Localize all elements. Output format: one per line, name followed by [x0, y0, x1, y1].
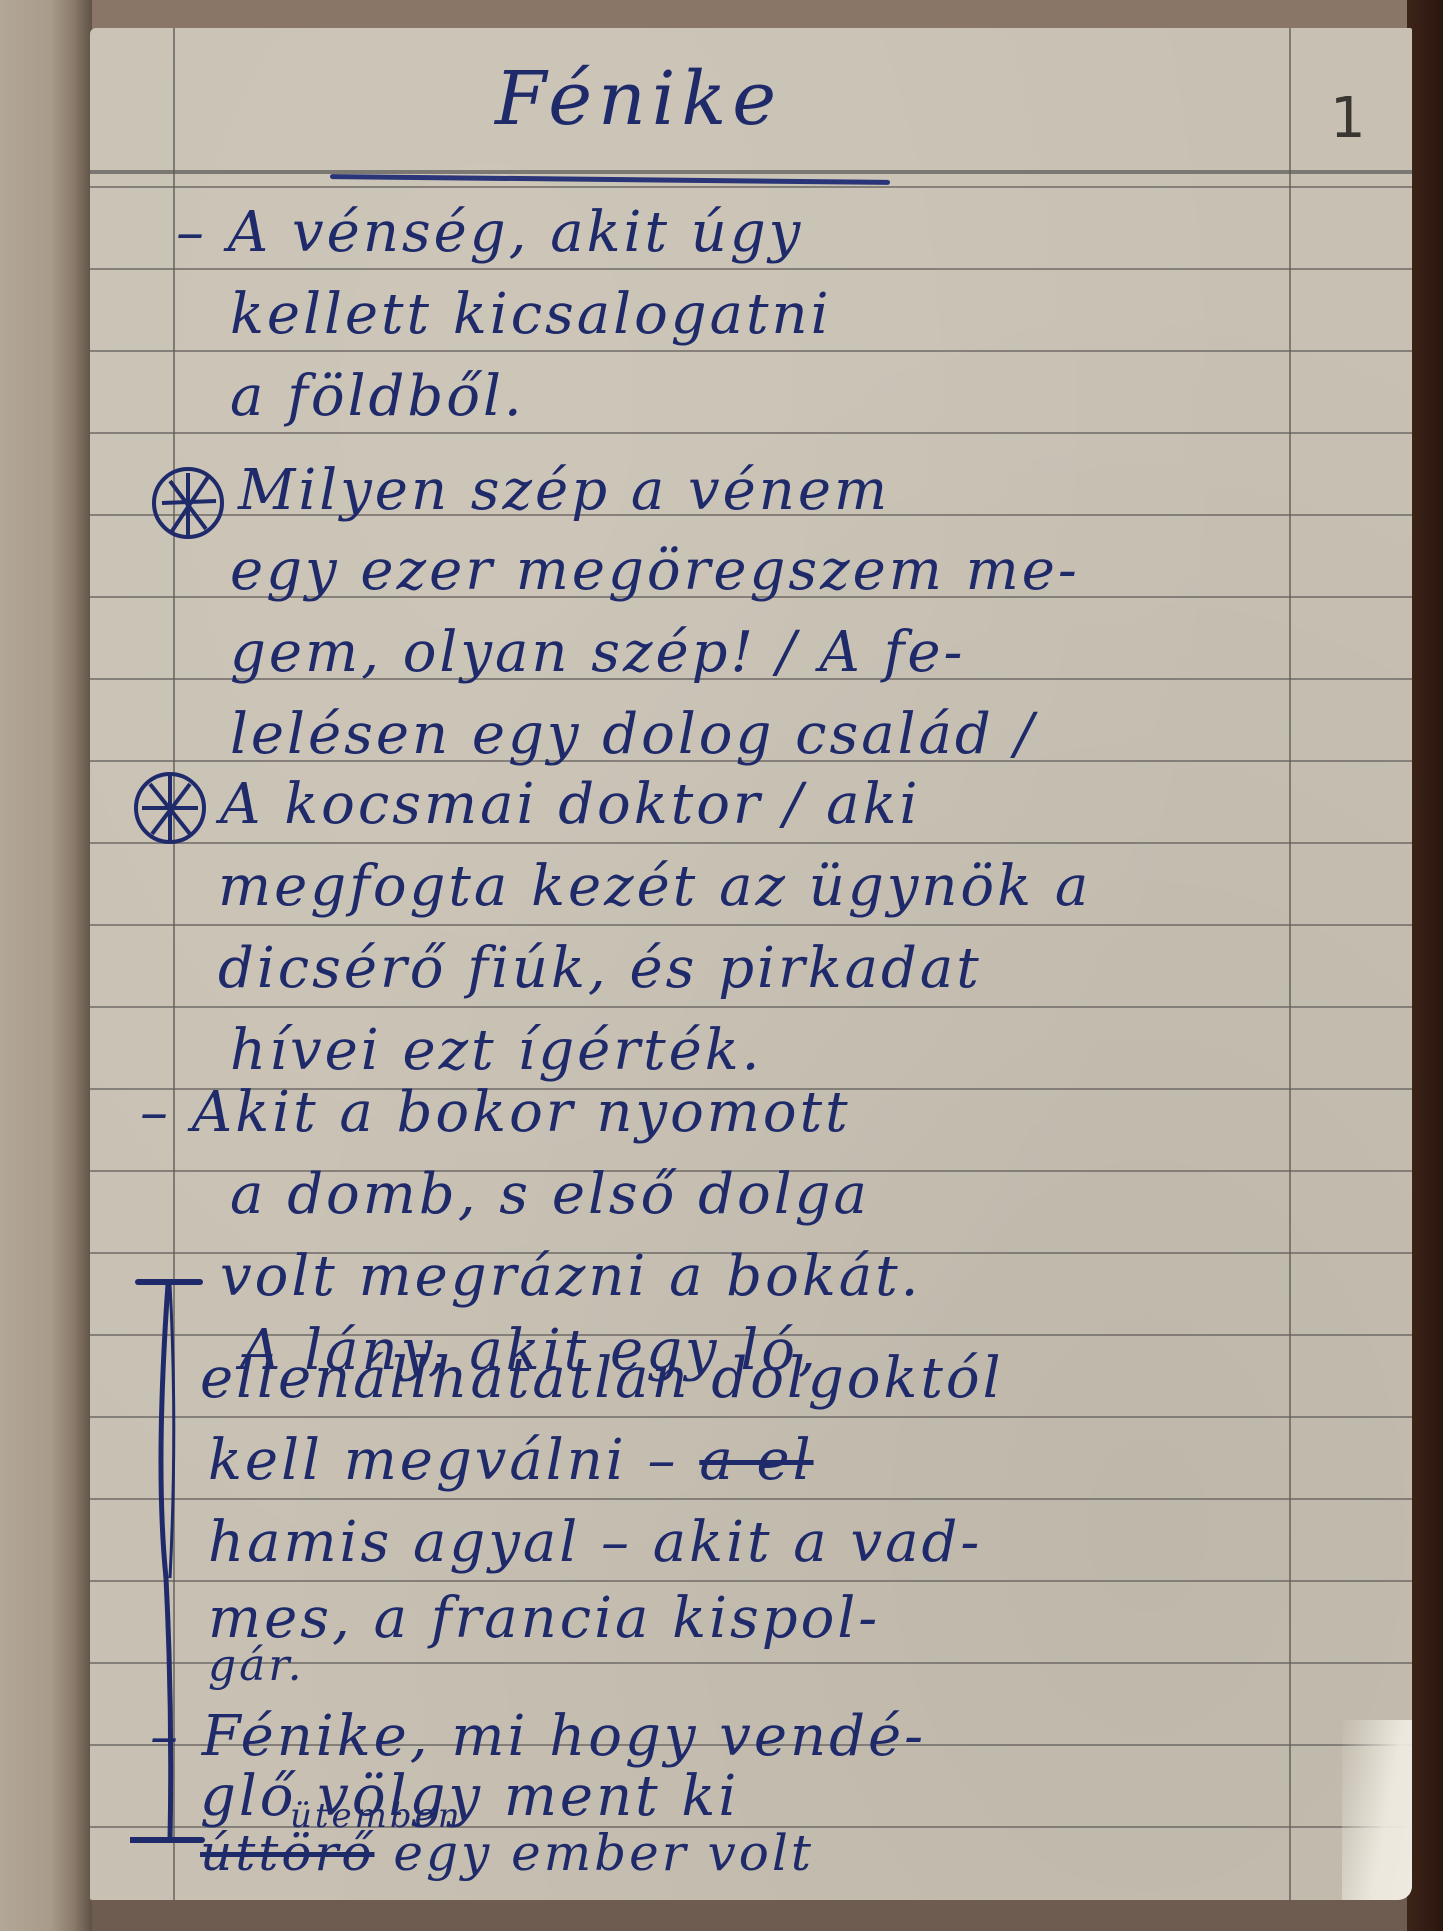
handwritten-line: kellett kicsalogatni — [230, 282, 832, 347]
title-underline — [330, 174, 890, 185]
ruled-line — [90, 1580, 1412, 1582]
header-rule-secondary — [90, 186, 1412, 188]
notebook-cover-edge — [0, 0, 92, 1931]
handwritten-line: mes, a francia kispol- — [208, 1586, 880, 1651]
ruled-line — [90, 1498, 1412, 1500]
handwritten-line: Milyen szép a vénem — [238, 458, 890, 523]
ruled-line — [90, 842, 1412, 844]
handwritten-line: glő völgy ment ki — [200, 1764, 739, 1829]
handwritten-line: – A vénség, akit úgy — [176, 200, 803, 265]
struck-text: a el — [699, 1428, 813, 1493]
handwritten-line: lelésen egy dolog család / — [230, 702, 1036, 767]
asterisk-circle-icon — [148, 463, 228, 543]
ruled-line — [90, 432, 1412, 434]
handwritten-line: gem, olyan szép! / A fe- — [230, 620, 965, 685]
right-margin-line — [1289, 28, 1291, 1900]
handwritten-text: kell megválni – — [208, 1428, 679, 1493]
asterisk-circle-icon — [130, 768, 210, 848]
handwritten-line: – Akit a bokor nyomott — [140, 1080, 851, 1145]
handwritten-line: ellenállhatatlan dolgoktól — [200, 1346, 1003, 1411]
handwritten-line: hamis agyal – akit a vad- — [208, 1510, 982, 1575]
header-rule — [90, 170, 1412, 174]
inserted-word: ütemben — [290, 1796, 463, 1836]
ruled-line — [90, 1006, 1412, 1008]
handwritten-line: – Fénike, mi hogy vendé- — [150, 1704, 926, 1769]
table-shadow — [1407, 0, 1443, 1931]
handwritten-line: a földből. — [230, 364, 525, 429]
ruled-line — [90, 924, 1412, 926]
ruled-line — [90, 350, 1412, 352]
page-number: 1 — [1330, 86, 1366, 151]
handwritten-line: egy ezer megöregszem me- — [230, 538, 1080, 603]
handwritten-line: kell megválni – a el — [208, 1428, 814, 1493]
notebook-page: Fénike 1 – A vénség, akit úgy kellett ki… — [90, 28, 1412, 1900]
handwritten-line: a domb, s első dolga — [230, 1162, 870, 1227]
handwritten-line: A kocsmai doktor / aki — [220, 772, 920, 837]
handwritten-line: hívei ezt ígérték. — [230, 1018, 762, 1083]
handwritten-line: gár. — [208, 1640, 305, 1691]
handwritten-line: dicsérő fiúk, és pirkadat — [218, 936, 982, 1001]
handwritten-line: megfogta kezét az ügynök a — [218, 854, 1091, 919]
handwritten-line: volt megrázni a bokát. — [220, 1244, 921, 1309]
ruled-line — [90, 268, 1412, 270]
page-curl — [1342, 1720, 1412, 1900]
ruled-line — [90, 1416, 1412, 1418]
page-title: Fénike — [495, 56, 782, 142]
